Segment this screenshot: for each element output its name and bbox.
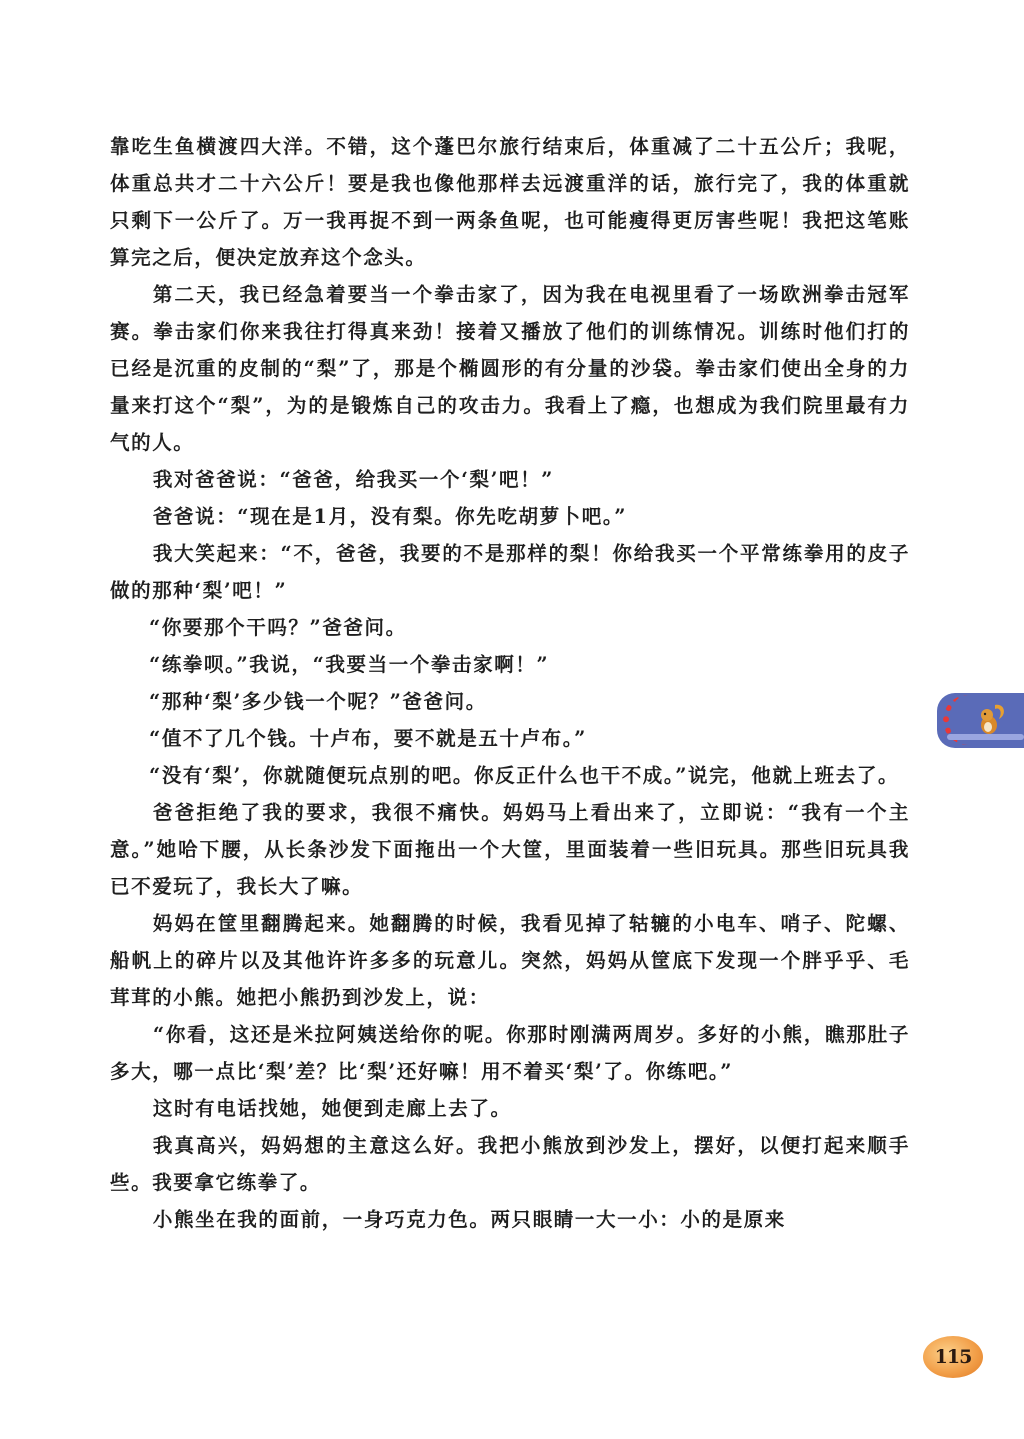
paragraph: 这时有电话找她，她便到走廊上去了。 xyxy=(110,1090,910,1127)
paragraph: “你要那个干吗？”爸爸问。 xyxy=(110,609,910,646)
paragraph: 我对爸爸说：“爸爸，给我买一个‘梨’吧！” xyxy=(110,461,910,498)
paragraph: “练拳呗。”我说，“我要当一个拳击家啊！” xyxy=(110,646,910,683)
paragraph: 靠吃生鱼横渡四大洋。不错，这个蓬巴尔旅行结束后，体重减了二十五公斤；我呢，体重总… xyxy=(110,128,910,276)
paragraph: “没有‘梨’，你就随便玩点别的吧。你反正什么也干不成。”说完，他就上班去了。 xyxy=(110,757,910,794)
paragraph: “你看，这还是米拉阿姨送给你的呢。你那时刚满两周岁。多好的小熊，瞧那肚子多大，哪… xyxy=(110,1016,910,1090)
paragraph: 我真高兴，妈妈想的主意这么好。我把小熊放到沙发上，摆好，以便打起来顺手些。我要拿… xyxy=(110,1127,910,1201)
paragraph: 妈妈在筐里翻腾起来。她翻腾的时候，我看见掉了轱辘的小电车、哨子、陀螺、船帆上的碎… xyxy=(110,905,910,1016)
paragraph: 爸爸说：“现在是1月，没有梨。你先吃胡萝卜吧。” xyxy=(110,498,910,535)
squirrel-icon xyxy=(977,701,1007,737)
paragraph: 第二天，我已经急着要当一个拳击家了，因为我在电视里看了一场欧洲拳击冠军赛。拳击家… xyxy=(110,276,910,461)
paragraph: “那种‘梨’多少钱一个呢？”爸爸问。 xyxy=(110,683,910,720)
paragraph: 小熊坐在我的面前，一身巧克力色。两只眼睛一大一小：小的是原来 xyxy=(110,1201,910,1238)
tab-stripe xyxy=(947,734,1024,740)
body-text: 靠吃生鱼横渡四大洋。不错，这个蓬巴尔旅行结束后，体重减了二十五公斤；我呢，体重总… xyxy=(110,128,910,1238)
paragraph: 爸爸拒绝了我的要求，我很不痛快。妈妈马上看出来了，立即说：“我有一个主意。”她哈… xyxy=(110,794,910,905)
paragraph: “值不了几个钱。十卢布，要不就是五十卢布。” xyxy=(110,720,910,757)
paragraph: 我大笑起来：“不，爸爸，我要的不是那样的梨！你给我买一个平常练拳用的皮子做的那种… xyxy=(110,535,910,609)
chapter-side-tab xyxy=(937,693,1024,748)
page-number-badge: 115 xyxy=(923,1336,983,1378)
page-number: 115 xyxy=(935,1346,972,1368)
